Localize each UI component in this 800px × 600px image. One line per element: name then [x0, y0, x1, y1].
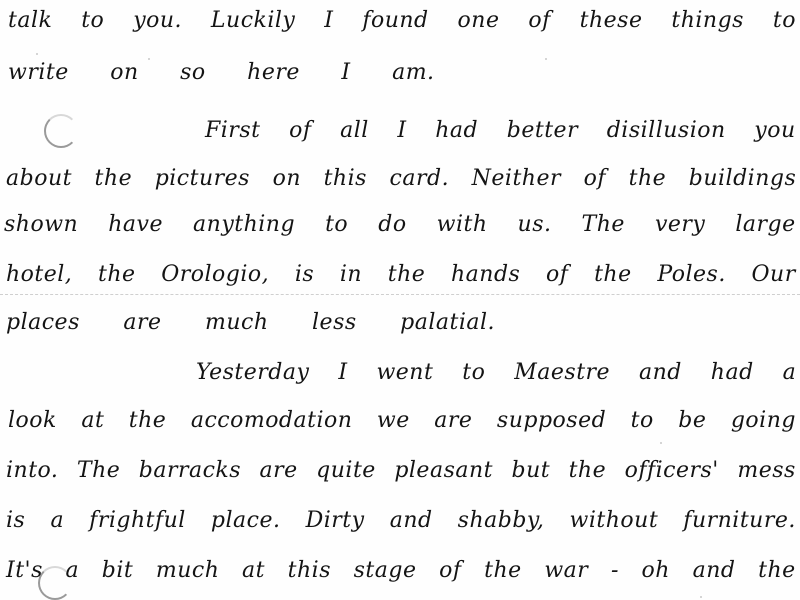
letter-line-10: into. The barracks are quite pleasant bu… [6, 458, 796, 483]
letter-line-11: is a frightful place. Dirty and shabby, … [6, 508, 796, 533]
letter-line-1: talk to you. Luckily I found one of thes… [8, 8, 796, 33]
letter-line-2: write on so here I am. [8, 60, 435, 85]
paper-speck [660, 442, 662, 444]
letter-line-8: Yesterday I went to Maestre and had a [196, 360, 796, 385]
punch-hole-mark [44, 114, 78, 148]
letter-line-3: First of all I had better disillusion yo… [205, 118, 796, 143]
paper-speck [700, 596, 702, 598]
paper-speck [36, 53, 38, 55]
letter-line-7: places are much less palatial. [6, 310, 495, 335]
paper-fold-line [0, 294, 800, 295]
letter-line-12: It's a bit much at this stage of the war… [6, 558, 796, 583]
letter-line-6: hotel, the Orologio, is in the hands of … [6, 262, 796, 287]
letter-line-5: shown have anything to do with us. The v… [4, 212, 796, 237]
paper-speck [545, 58, 547, 60]
letter-page: talk to you. Luckily I found one of thes… [0, 0, 800, 600]
letter-line-4: about the pictures on this card. Neither… [6, 166, 796, 191]
letter-line-9: look at the accomodation we are supposed… [8, 408, 796, 433]
